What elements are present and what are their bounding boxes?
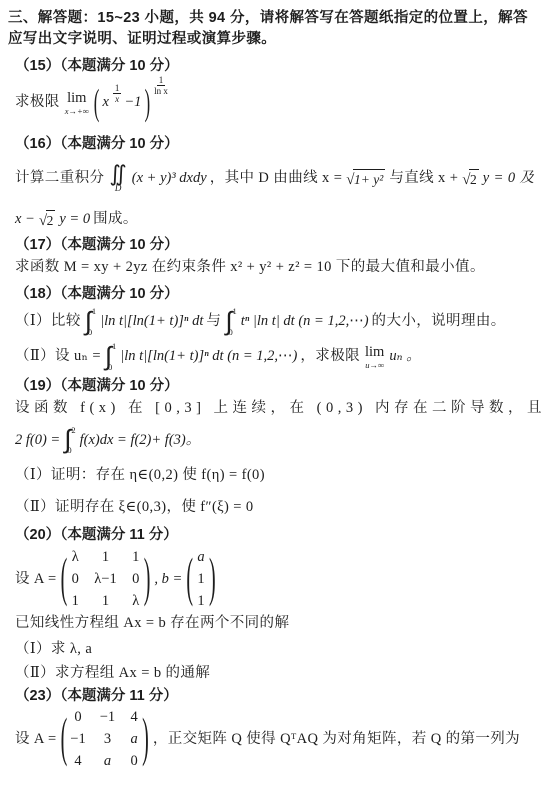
definite-integral: ∫ 1 0 xyxy=(225,307,236,336)
p23-tail: ，正交矩阵 Q 使得 QᵀAQ 为对角矩阵，若 Q 的第一列为 xyxy=(153,730,520,750)
matrix-cell: 1 xyxy=(94,548,116,566)
double-integral: ∬ D xyxy=(109,164,126,193)
p18-q1-tail: 的大小，说明理由。 xyxy=(372,312,506,332)
section-header: 三、解答题：15~23 小题，共 94 分，请将解答写在答题纸指定的位置上，解答… xyxy=(8,8,544,50)
p15-lead: 求极限 xyxy=(15,93,60,113)
radical: √ 1+ y² xyxy=(346,169,385,189)
p16-title: （16）（本题满分 10 分） xyxy=(15,135,544,154)
matrix-cell: a xyxy=(129,730,139,748)
lim-text: lim xyxy=(67,91,86,106)
integral-upper-bound: 1 xyxy=(232,307,236,316)
p16-line2c: 围成。 xyxy=(93,210,138,230)
fraction-numerator: 1 xyxy=(157,75,166,87)
definite-integral: ∫ 1 0 xyxy=(105,342,116,371)
header-line2: 应写出文字说明、证明过程或演算步骤。 xyxy=(8,29,544,50)
lim-subscript: x→+∞ xyxy=(65,107,89,116)
matrix-cell: λ−1 xyxy=(94,570,116,588)
fraction-denominator: x xyxy=(115,94,119,105)
p20-text: 已知线性方程组 Ax = b 存在两个不同的解 xyxy=(15,613,544,635)
p16-formula-line1: 计算二重积分 ∬ D (x + y)³ dxdy ，其中 D 由曲线 x = √… xyxy=(15,156,544,202)
vector-b: ( a 1 1 ) xyxy=(186,548,215,610)
p20-title: （20）（本题满分 11 分） xyxy=(15,526,544,545)
p23-matrix-line: 设 A = ( 0 −1 4 −1 3 a 4 a 0 ) ，正交矩阵 Q 使得… xyxy=(15,708,544,770)
outer-exponent-fraction: 1 ln x xyxy=(154,75,168,98)
radicand: 2 xyxy=(46,210,56,230)
integral-upper-bound: 2 xyxy=(71,426,75,435)
lim-subscript: u→∞ xyxy=(365,361,384,370)
definite-integral: ∫ 2 0 xyxy=(64,426,75,455)
vector-cell: a xyxy=(196,548,206,566)
p16-lead: 计算二重积分 xyxy=(15,169,104,189)
definite-integral: ∫ 1 0 xyxy=(85,307,96,336)
p19-text-line: 设函数 f(x) 在 [0,3] 上连续，在 (0,3) 内存在二阶导数，且 xyxy=(15,398,544,420)
p18-q2-lead: （Ⅱ）设 uₙ = xyxy=(15,347,101,367)
matrix-A: ( λ 1 1 0 λ−1 0 1 1 λ ) xyxy=(61,548,151,610)
p18-q2-integrand: |ln t|[ln(1+ t)]ⁿ dt (n = 1,2,⋯) xyxy=(120,347,297,367)
radicand: 1+ y² xyxy=(353,169,385,189)
header-line1: 三、解答题：15~23 小题，共 94 分，请将解答写在答题纸指定的位置上，解答 xyxy=(8,8,544,29)
left-paren: ( xyxy=(61,712,68,766)
integrand: (x + y)³ dxdy xyxy=(132,169,207,189)
integral-lower-bound: 0 xyxy=(228,328,236,337)
right-paren: ) xyxy=(142,712,149,766)
p18-q1-integrand2: tⁿ |ln t| dt (n = 1,2,⋯) xyxy=(241,312,369,332)
inner-exponent-fraction: 1 x xyxy=(113,83,122,106)
p19-part2: （Ⅱ）证明存在 ξ∈(0,3)，使 f″(ξ) = 0 xyxy=(15,497,544,519)
vector-cell: 1 xyxy=(196,592,206,610)
right-paren: ) xyxy=(144,84,150,121)
right-paren: ) xyxy=(144,552,151,606)
matrix-cell: 1 xyxy=(70,592,80,610)
matrix-cell: 1 xyxy=(131,548,141,566)
vector-cell: 1 xyxy=(196,570,206,588)
minus-one: −1 xyxy=(124,93,141,113)
p16-formula-line2: x − √ 2 y = 0 围成。 xyxy=(15,210,544,230)
p15-formula: 求极限 lim x→+∞ ( x 1 x −1 ) 1 ln x xyxy=(15,78,544,128)
matrix-cell: λ xyxy=(70,548,80,566)
p18-q1-mid: 与 xyxy=(206,312,221,332)
radical: √ 2 xyxy=(462,169,478,189)
p19-part1: （Ⅰ）证明：存在 η∈(0,2) 使 f(η) = f(0) xyxy=(15,465,544,487)
integral-lower-bound: 0 xyxy=(88,328,96,337)
matrix-cell: 4 xyxy=(129,708,139,726)
integral-lower-bound: 0 xyxy=(108,363,116,372)
p16-mid2: 与直线 x + xyxy=(389,169,458,189)
p18-part2: （Ⅱ）设 uₙ = ∫ 1 0 |ln t|[ln(1+ t)]ⁿ dt (n … xyxy=(15,342,544,371)
p18-q2-mid: ，求极限 xyxy=(300,347,360,367)
p16-mid1: ，其中 D 由曲线 x = xyxy=(210,169,343,189)
p16-line2a: x − xyxy=(15,210,35,230)
left-paren: ( xyxy=(186,552,193,606)
p23-title: （23）（本题满分 11 分） xyxy=(15,687,544,706)
matrix-cell: a xyxy=(100,752,115,770)
p20-matrix-line: 设 A = ( λ 1 1 0 λ−1 0 1 1 λ ) , b = ( a … xyxy=(15,548,544,610)
matrix-cell: 0 xyxy=(70,708,85,726)
matrix-cell: 0 xyxy=(129,752,139,770)
matrix-cell: 0 xyxy=(70,570,80,588)
limit-operator: lim x→+∞ xyxy=(65,91,89,116)
matrix-cell: 4 xyxy=(70,752,85,770)
matrix-A: ( 0 −1 4 −1 3 a 4 a 0 ) xyxy=(61,708,149,770)
p17-text: 求函数 M = xy + 2yz 在约束条件 x² + y² + z² = 10… xyxy=(15,257,544,279)
matrix-cell: −1 xyxy=(70,730,85,748)
p15-title: （15）（本题满分 10 分） xyxy=(15,57,544,76)
p18-q2-tail: uₙ 。 xyxy=(389,347,420,367)
fraction-denominator: ln x xyxy=(154,86,168,97)
p16-mid3: y = 0 及 xyxy=(483,169,535,189)
p18-q1-integrand1: |ln t|[ln(1+ t)]ⁿ dt xyxy=(100,312,203,332)
p20-part1: （Ⅰ）求 λ, a xyxy=(15,639,544,661)
left-paren: ( xyxy=(61,552,68,606)
p20-part2: （Ⅱ）求方程组 Ax = b 的通解 xyxy=(15,663,544,685)
matrix-cell: 1 xyxy=(94,592,116,610)
fraction-numerator: 1 xyxy=(113,83,122,95)
integral-region: D xyxy=(115,184,122,193)
radicand: 2 xyxy=(469,169,479,189)
p19-formula-tail: f(x)dx = f(2)+ f(3)。 xyxy=(80,431,201,451)
p17-title: （17）（本题满分 10 分） xyxy=(15,236,544,255)
matrix-cell: −1 xyxy=(100,708,115,726)
p19-formula-lead: 2 f(0) = xyxy=(15,431,60,451)
p18-q1-lead: （Ⅰ）比较 xyxy=(15,312,81,332)
radical: √ 2 xyxy=(39,210,55,230)
p18-part1: （Ⅰ）比较 ∫ 1 0 |ln t|[ln(1+ t)]ⁿ dt 与 ∫ 1 0… xyxy=(15,307,544,336)
integral-lower-bound: 0 xyxy=(67,446,75,455)
p16-line2b: y = 0 xyxy=(59,210,90,230)
matrix-cell: λ xyxy=(131,592,141,610)
integral-upper-bound: 1 xyxy=(112,342,116,351)
p19-title: （19）（本题满分 10 分） xyxy=(15,377,544,396)
p20-lead: 设 A = xyxy=(15,570,57,590)
p18-title: （18）（本题满分 10 分） xyxy=(15,285,544,304)
p23-lead: 设 A = xyxy=(15,730,57,750)
integral-upper-bound: 1 xyxy=(92,307,96,316)
p20-comma-b: , b = xyxy=(154,570,182,590)
lim-text: lim xyxy=(365,345,384,360)
left-paren: ( xyxy=(94,84,100,121)
exam-page: 三、解答题：15~23 小题，共 94 分，请将解答写在答题纸指定的位置上，解答… xyxy=(0,0,550,805)
p19-formula: 2 f(0) = ∫ 2 0 f(x)dx = f(2)+ f(3)。 xyxy=(15,426,544,455)
matrix-cell: 3 xyxy=(100,730,115,748)
right-paren: ) xyxy=(209,552,216,606)
matrix-cell: 0 xyxy=(131,570,141,588)
base-variable: x xyxy=(102,93,108,113)
limit-operator: lim u→∞ xyxy=(365,345,384,370)
